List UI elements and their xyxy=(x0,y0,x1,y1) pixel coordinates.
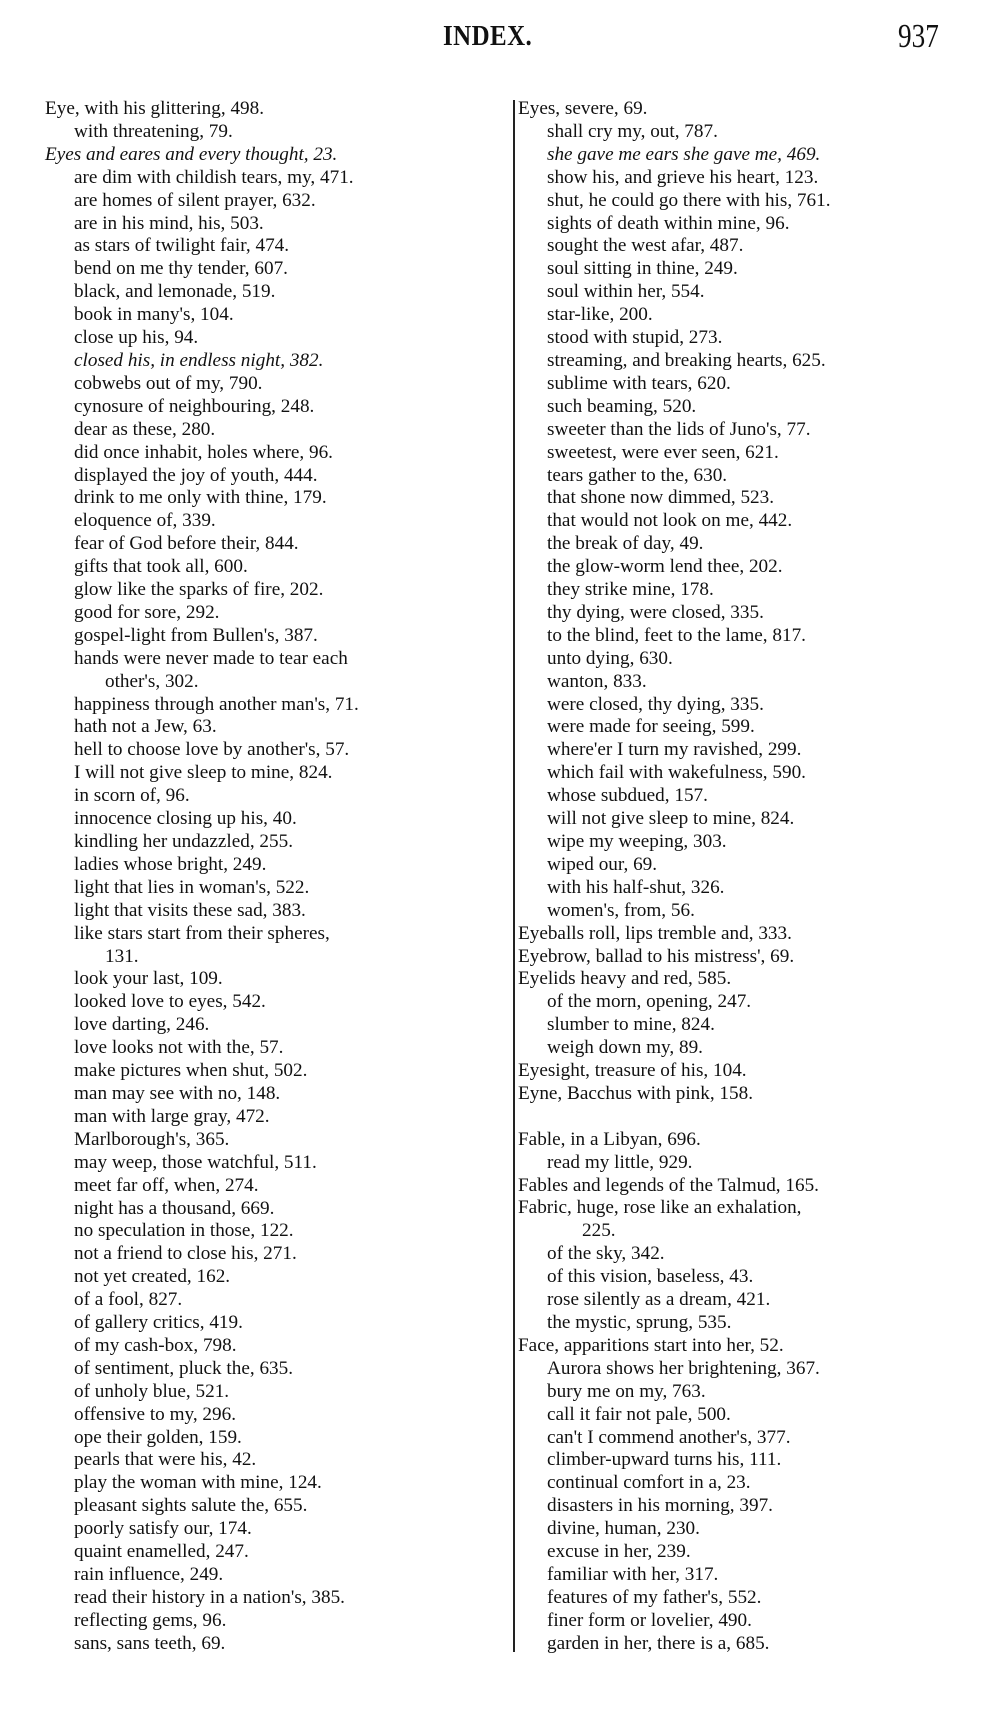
entry-text: fear of God before their, 844. xyxy=(74,533,299,554)
entry-text: of the sky, 342. xyxy=(547,1243,665,1264)
index-sub-entry: she gave me ears she gave me, 469. xyxy=(518,144,968,167)
index-sub-entry: Marlborough's, 365. xyxy=(45,1129,495,1152)
entry-text: sweetest, were ever seen, 621. xyxy=(547,442,779,463)
entry-text: man may see with no, 148. xyxy=(74,1083,280,1104)
entry-text: the glow-worm lend thee, 202. xyxy=(547,556,783,577)
entry-text: black, and lemonade, 519. xyxy=(74,281,275,302)
entry-text: Fabric, huge, rose like an exhalation, xyxy=(518,1197,801,1218)
entry-text: streaming, and breaking hearts, 625. xyxy=(547,350,826,371)
index-sub-entry: sweetest, were ever seen, 621. xyxy=(518,442,968,465)
index-sub-entry: whose subdued, 157. xyxy=(518,785,968,808)
entry-text: call it fair not pale, 500. xyxy=(547,1404,731,1425)
entry-text: rose silently as a dream, 421. xyxy=(547,1289,770,1310)
index-sub-entry: good for sore, 292. xyxy=(45,602,495,625)
entry-text: love darting, 246. xyxy=(74,1014,209,1035)
entry-text: soul sitting in thine, 249. xyxy=(547,258,738,279)
index-heading-entry: Eyesight, treasure of his, 104. xyxy=(518,1060,968,1083)
index-sub-entry: to the blind, feet to the lame, 817. xyxy=(518,625,968,648)
index-sub-entry: sought the west afar, 487. xyxy=(518,235,968,258)
entry-text: Aurora shows her brightening, 367. xyxy=(547,1358,820,1379)
index-sub-entry: pleasant sights salute the, 655. xyxy=(45,1495,495,1518)
index-sub-entry: wiped our, 69. xyxy=(518,854,968,877)
entry-text: stood with stupid, 273. xyxy=(547,327,722,348)
entry-text: shall cry my, out, 787. xyxy=(547,121,718,142)
index-sub-entry: of this vision, baseless, 43. xyxy=(518,1266,968,1289)
entry-text: kindling her undazzled, 255. xyxy=(74,831,293,852)
index-sub-entry: black, and lemonade, 519. xyxy=(45,281,495,304)
entry-text: man with large gray, 472. xyxy=(74,1106,270,1127)
entry-text: love looks not with the, 57. xyxy=(74,1037,283,1058)
index-sub-entry: ope their golden, 159. xyxy=(45,1427,495,1450)
index-sub-entry: rose silently as a dream, 421. xyxy=(518,1289,968,1312)
entry-text: quaint enamelled, 247. xyxy=(74,1541,249,1562)
entry-text: of my cash-box, 798. xyxy=(74,1335,237,1356)
entry-text: no speculation in those, 122. xyxy=(74,1220,294,1241)
entry-text: of this vision, baseless, 43. xyxy=(547,1266,753,1287)
index-sub-entry: are dim with childish tears, my, 471. xyxy=(45,167,495,190)
entry-text: book in many's, 104. xyxy=(74,304,234,325)
index-sub-entry: look your last, 109. xyxy=(45,968,495,991)
entry-text: whose subdued, 157. xyxy=(547,785,708,806)
entry-text: are in his mind, his, 503. xyxy=(74,213,264,234)
entry-text: climber-upward turns his, 111. xyxy=(547,1449,781,1470)
index-sub-entry: fear of God before their, 844. xyxy=(45,533,495,556)
index-sub-entry: dear as these, 280. xyxy=(45,419,495,442)
entry-text: in scorn of, 96. xyxy=(74,785,190,806)
entry-text: happiness through another man's, 71. xyxy=(74,694,359,715)
index-sub-entry: sublime with tears, 620. xyxy=(518,373,968,396)
entry-text: will not give sleep to mine, 824. xyxy=(547,808,794,829)
index-sub-entry: the glow-worm lend thee, 202. xyxy=(518,556,968,579)
index-column-right: Eyes, severe, 69.shall cry my, out, 787.… xyxy=(518,98,968,1656)
index-sub-entry: pearls that were his, 42. xyxy=(45,1449,495,1472)
entry-text: innocence closing up his, 40. xyxy=(74,808,297,829)
index-sub-entry: cynosure of neighbouring, 248. xyxy=(45,396,495,419)
entry-text: Eyesight, treasure of his, 104. xyxy=(518,1060,747,1081)
index-sub-entry: night has a thousand, 669. xyxy=(45,1198,495,1221)
entry-text: bury me on my, 763. xyxy=(547,1381,706,1402)
entry-text: Eyne, Bacchus with pink, 158. xyxy=(518,1083,753,1104)
entry-text: pleasant sights salute the, 655. xyxy=(74,1495,307,1516)
entry-text: are homes of silent prayer, 632. xyxy=(74,190,316,211)
entry-text: like stars start from their spheres, xyxy=(74,923,330,944)
index-sub-entry: man may see with no, 148. xyxy=(45,1083,495,1106)
index-sub-entry: the break of day, 49. xyxy=(518,533,968,556)
index-sub-entry: star-like, 200. xyxy=(518,304,968,327)
entry-continuation: other's, 302. xyxy=(74,671,495,694)
page-header: INDEX. 937 xyxy=(0,18,1000,58)
entry-text: the mystic, sprung, 535. xyxy=(547,1312,731,1333)
index-sub-entry: may weep, those watchful, 511. xyxy=(45,1152,495,1175)
index-sub-entry: slumber to mine, 824. xyxy=(518,1014,968,1037)
index-sub-entry: call it fair not pale, 500. xyxy=(518,1404,968,1427)
index-sub-entry: rain influence, 249. xyxy=(45,1564,495,1587)
index-heading-entry: Eye, with his glittering, 498. xyxy=(45,98,495,121)
index-sub-entry: stood with stupid, 273. xyxy=(518,327,968,350)
page-title: INDEX. xyxy=(443,20,532,53)
index-heading-entry: Eyes and eares and every thought, 23. xyxy=(45,144,495,167)
entry-text: with his half-shut, 326. xyxy=(547,877,724,898)
entry-text: Eyes and eares and every thought, 23. xyxy=(45,144,337,165)
index-sub-entry: hell to choose love by another's, 57. xyxy=(45,739,495,762)
index-sub-entry: shall cry my, out, 787. xyxy=(518,121,968,144)
index-sub-entry: can't I commend another's, 377. xyxy=(518,1427,968,1450)
entry-text: of sentiment, pluck the, 635. xyxy=(74,1358,293,1379)
index-heading-entry: Fabric, huge, rose like an exhalation,22… xyxy=(518,1197,968,1243)
index-sub-entry: bury me on my, 763. xyxy=(518,1381,968,1404)
index-sub-entry: poorly satisfy our, 174. xyxy=(45,1518,495,1541)
index-sub-entry: make pictures when shut, 502. xyxy=(45,1060,495,1083)
entry-text: Eyebrow, ballad to his mistress', 69. xyxy=(518,946,794,967)
index-sub-entry: soul sitting in thine, 249. xyxy=(518,258,968,281)
entry-text: read my little, 929. xyxy=(547,1152,692,1173)
index-sub-entry: I will not give sleep to mine, 824. xyxy=(45,762,495,785)
entry-text: star-like, 200. xyxy=(547,304,653,325)
entry-text: Face, apparitions start into her, 52. xyxy=(518,1335,784,1356)
index-sub-entry: with his half-shut, 326. xyxy=(518,877,968,900)
entry-text: sought the west afar, 487. xyxy=(547,235,743,256)
entry-continuation: 225. xyxy=(518,1220,968,1243)
entry-text: cobwebs out of my, 790. xyxy=(74,373,262,394)
index-sub-entry: divine, human, 230. xyxy=(518,1518,968,1541)
index-sub-entry: tears gather to the, 630. xyxy=(518,465,968,488)
entry-text: Eyeballs roll, lips tremble and, 333. xyxy=(518,923,792,944)
page-number: 937 xyxy=(898,18,939,56)
index-heading-entry: Eyelids heavy and red, 585. xyxy=(518,968,968,991)
index-sub-entry: familiar with her, 317. xyxy=(518,1564,968,1587)
entry-text: drink to me only with thine, 179. xyxy=(74,487,327,508)
entry-text: unto dying, 630. xyxy=(547,648,673,669)
index-sub-entry: are homes of silent prayer, 632. xyxy=(45,190,495,213)
index-sub-entry: read my little, 929. xyxy=(518,1152,968,1175)
index-sub-entry: were made for seeing, 599. xyxy=(518,716,968,739)
index-sub-entry: the mystic, sprung, 535. xyxy=(518,1312,968,1335)
entry-text: pearls that were his, 42. xyxy=(74,1449,256,1470)
index-heading-entry: Eyebrow, ballad to his mistress', 69. xyxy=(518,946,968,969)
index-sub-entry: in scorn of, 96. xyxy=(45,785,495,808)
entry-text: garden in her, there is a, 685. xyxy=(547,1633,769,1654)
entry-text: Eyes, severe, 69. xyxy=(518,98,647,119)
entry-text: were closed, thy dying, 335. xyxy=(547,694,764,715)
index-sub-entry: wanton, 833. xyxy=(518,671,968,694)
entry-text: night has a thousand, 669. xyxy=(74,1198,274,1219)
entry-text: women's, from, 56. xyxy=(547,900,695,921)
entry-text: are dim with childish tears, my, 471. xyxy=(74,167,354,188)
entry-text: rain influence, 249. xyxy=(74,1564,223,1585)
entry-text: they strike mine, 178. xyxy=(547,579,714,600)
entry-text: features of my father's, 552. xyxy=(547,1587,761,1608)
index-sub-entry: happiness through another man's, 71. xyxy=(45,694,495,717)
index-sub-entry: meet far off, when, 274. xyxy=(45,1175,495,1198)
entry-text: with threatening, 79. xyxy=(74,121,233,142)
index-sub-entry: offensive to my, 296. xyxy=(45,1404,495,1427)
index-sub-entry: like stars start from their spheres,131. xyxy=(45,923,495,969)
index-sub-entry: read their history in a nation's, 385. xyxy=(45,1587,495,1610)
index-sub-entry: finer form or lovelier, 490. xyxy=(518,1610,968,1633)
index-sub-entry: of the sky, 342. xyxy=(518,1243,968,1266)
index-sub-entry: eloquence of, 339. xyxy=(45,510,495,533)
entry-text: ope their golden, 159. xyxy=(74,1427,242,1448)
entry-text: can't I commend another's, 377. xyxy=(547,1427,791,1448)
index-sub-entry: closed his, in endless night, 382. xyxy=(45,350,495,373)
index-sub-entry: gifts that took all, 600. xyxy=(45,556,495,579)
index-sub-entry: show his, and grieve his heart, 123. xyxy=(518,167,968,190)
entry-text: the break of day, 49. xyxy=(547,533,703,554)
entry-text: ladies whose bright, 249. xyxy=(74,854,266,875)
entry-text: reflecting gems, 96. xyxy=(74,1610,226,1631)
entry-text: meet far off, when, 274. xyxy=(74,1175,259,1196)
entry-text: where'er I turn my ravished, 299. xyxy=(547,739,801,760)
entry-text: excuse in her, 239. xyxy=(547,1541,691,1562)
index-sub-entry: of a fool, 827. xyxy=(45,1289,495,1312)
entry-text: hath not a Jew, 63. xyxy=(74,716,217,737)
entry-text: make pictures when shut, 502. xyxy=(74,1060,307,1081)
entry-gap xyxy=(518,1106,968,1129)
index-sub-entry: unto dying, 630. xyxy=(518,648,968,671)
entry-text: weigh down my, 89. xyxy=(547,1037,703,1058)
index-sub-entry: hath not a Jew, 63. xyxy=(45,716,495,739)
index-heading-entry: Eyeballs roll, lips tremble and, 333. xyxy=(518,923,968,946)
entry-text: as stars of twilight fair, 474. xyxy=(74,235,289,256)
entry-text: she gave me ears she gave me, 469. xyxy=(547,144,820,165)
index-heading-entry: Fable, in a Libyan, 696. xyxy=(518,1129,968,1152)
index-sub-entry: that shone now dimmed, 523. xyxy=(518,487,968,510)
entry-text: look your last, 109. xyxy=(74,968,223,989)
entry-text: closed his, in endless night, 382. xyxy=(74,350,323,371)
index-sub-entry: thy dying, were closed, 335. xyxy=(518,602,968,625)
index-sub-entry: excuse in her, 239. xyxy=(518,1541,968,1564)
entry-text: finer form or lovelier, 490. xyxy=(547,1610,752,1631)
index-sub-entry: light that visits these sad, 383. xyxy=(45,900,495,923)
index-sub-entry: did once inhabit, holes where, 96. xyxy=(45,442,495,465)
index-sub-entry: they strike mine, 178. xyxy=(518,579,968,602)
index-sub-entry: love darting, 246. xyxy=(45,1014,495,1037)
index-sub-entry: book in many's, 104. xyxy=(45,304,495,327)
entry-text: Eye, with his glittering, 498. xyxy=(45,98,264,119)
index-sub-entry: which fail with wakefulness, 590. xyxy=(518,762,968,785)
index-sub-entry: bend on me thy tender, 607. xyxy=(45,258,495,281)
index-sub-entry: of the morn, opening, 247. xyxy=(518,991,968,1014)
index-sub-entry: sights of death within mine, 96. xyxy=(518,213,968,236)
entry-text: cynosure of neighbouring, 248. xyxy=(74,396,314,417)
index-sub-entry: man with large gray, 472. xyxy=(45,1106,495,1129)
entry-text: not a friend to close his, 271. xyxy=(74,1243,297,1264)
entry-text: that shone now dimmed, 523. xyxy=(547,487,774,508)
entry-text: close up his, 94. xyxy=(74,327,198,348)
index-sub-entry: of gallery critics, 419. xyxy=(45,1312,495,1335)
index-sub-entry: sans, sans teeth, 69. xyxy=(45,1633,495,1656)
index-sub-entry: not a friend to close his, 271. xyxy=(45,1243,495,1266)
index-sub-entry: climber-upward turns his, 111. xyxy=(518,1449,968,1472)
entry-text: to the blind, feet to the lame, 817. xyxy=(547,625,806,646)
entry-text: good for sore, 292. xyxy=(74,602,219,623)
index-sub-entry: glow like the sparks of fire, 202. xyxy=(45,579,495,602)
index-sub-entry: displayed the joy of youth, 444. xyxy=(45,465,495,488)
entry-text: light that lies in woman's, 522. xyxy=(74,877,309,898)
entry-text: Marlborough's, 365. xyxy=(74,1129,229,1150)
index-sub-entry: features of my father's, 552. xyxy=(518,1587,968,1610)
index-sub-entry: such beaming, 520. xyxy=(518,396,968,419)
index-sub-entry: close up his, 94. xyxy=(45,327,495,350)
entry-text: dear as these, 280. xyxy=(74,419,215,440)
index-heading-entry: Face, apparitions start into her, 52. xyxy=(518,1335,968,1358)
entry-text: offensive to my, 296. xyxy=(74,1404,236,1425)
entry-text: divine, human, 230. xyxy=(547,1518,700,1539)
entry-continuation: 131. xyxy=(74,946,495,969)
entry-text: sans, sans teeth, 69. xyxy=(74,1633,225,1654)
entry-text: disasters in his morning, 397. xyxy=(547,1495,773,1516)
entry-text: sublime with tears, 620. xyxy=(547,373,731,394)
entry-text: sweeter than the lids of Juno's, 77. xyxy=(547,419,811,440)
entry-text: slumber to mine, 824. xyxy=(547,1014,715,1035)
index-sub-entry: cobwebs out of my, 790. xyxy=(45,373,495,396)
entry-text: Fable, in a Libyan, 696. xyxy=(518,1129,701,1150)
index-sub-entry: that would not look on me, 442. xyxy=(518,510,968,533)
entry-text: soul within her, 554. xyxy=(547,281,705,302)
index-sub-entry: hands were never made to tear eachother'… xyxy=(45,648,495,694)
entry-text: did once inhabit, holes where, 96. xyxy=(74,442,333,463)
index-sub-entry: quaint enamelled, 247. xyxy=(45,1541,495,1564)
index-sub-entry: love looks not with the, 57. xyxy=(45,1037,495,1060)
entry-text: glow like the sparks of fire, 202. xyxy=(74,579,323,600)
entry-text: of gallery critics, 419. xyxy=(74,1312,243,1333)
entry-text: wanton, 833. xyxy=(547,671,647,692)
index-sub-entry: innocence closing up his, 40. xyxy=(45,808,495,831)
index-sub-entry: were closed, thy dying, 335. xyxy=(518,694,968,717)
entry-text: hands were never made to tear each xyxy=(74,648,348,669)
index-sub-entry: will not give sleep to mine, 824. xyxy=(518,808,968,831)
entry-text: that would not look on me, 442. xyxy=(547,510,792,531)
entry-text: show his, and grieve his heart, 123. xyxy=(547,167,818,188)
entry-text: shut, he could go there with his, 761. xyxy=(547,190,831,211)
entry-text: wiped our, 69. xyxy=(547,854,657,875)
index-sub-entry: women's, from, 56. xyxy=(518,900,968,923)
column-divider xyxy=(513,100,515,1652)
entry-text: gospel-light from Bullen's, 387. xyxy=(74,625,318,646)
entry-text: hell to choose love by another's, 57. xyxy=(74,739,349,760)
index-sub-entry: continual comfort in a, 23. xyxy=(518,1472,968,1495)
index-heading-entry: Eyes, severe, 69. xyxy=(518,98,968,121)
index-sub-entry: where'er I turn my ravished, 299. xyxy=(518,739,968,762)
entry-text: bend on me thy tender, 607. xyxy=(74,258,288,279)
entry-text: tears gather to the, 630. xyxy=(547,465,727,486)
index-sub-entry: looked love to eyes, 542. xyxy=(45,991,495,1014)
index-sub-entry: with threatening, 79. xyxy=(45,121,495,144)
entry-text: read their history in a nation's, 385. xyxy=(74,1587,345,1608)
index-sub-entry: drink to me only with thine, 179. xyxy=(45,487,495,510)
entry-text: thy dying, were closed, 335. xyxy=(547,602,764,623)
index-sub-entry: light that lies in woman's, 522. xyxy=(45,877,495,900)
index-sub-entry: wipe my weeping, 303. xyxy=(518,831,968,854)
index-sub-entry: as stars of twilight fair, 474. xyxy=(45,235,495,258)
index-sub-entry: garden in her, there is a, 685. xyxy=(518,1633,968,1656)
index-sub-entry: of my cash-box, 798. xyxy=(45,1335,495,1358)
index-sub-entry: play the woman with mine, 124. xyxy=(45,1472,495,1495)
entry-text: light that visits these sad, 383. xyxy=(74,900,306,921)
index-sub-entry: of sentiment, pluck the, 635. xyxy=(45,1358,495,1381)
entry-text: of unholy blue, 521. xyxy=(74,1381,229,1402)
entry-text: such beaming, 520. xyxy=(547,396,696,417)
entry-text: sights of death within mine, 96. xyxy=(547,213,790,234)
index-sub-entry: weigh down my, 89. xyxy=(518,1037,968,1060)
index-sub-entry: ladies whose bright, 249. xyxy=(45,854,495,877)
index-heading-entry: Eyne, Bacchus with pink, 158. xyxy=(518,1083,968,1106)
entry-text: which fail with wakefulness, 590. xyxy=(547,762,806,783)
entry-text: continual comfort in a, 23. xyxy=(547,1472,751,1493)
entry-text: I will not give sleep to mine, 824. xyxy=(74,762,332,783)
index-sub-entry: soul within her, 554. xyxy=(518,281,968,304)
entry-text: poorly satisfy our, 174. xyxy=(74,1518,252,1539)
index-sub-entry: of unholy blue, 521. xyxy=(45,1381,495,1404)
index-sub-entry: shut, he could go there with his, 761. xyxy=(518,190,968,213)
index-sub-entry: are in his mind, his, 503. xyxy=(45,213,495,236)
entry-text: Eyelids heavy and red, 585. xyxy=(518,968,731,989)
entry-text: of the morn, opening, 247. xyxy=(547,991,751,1012)
index-sub-entry: no speculation in those, 122. xyxy=(45,1220,495,1243)
index-sub-entry: not yet created, 162. xyxy=(45,1266,495,1289)
index-sub-entry: gospel-light from Bullen's, 387. xyxy=(45,625,495,648)
entry-text: not yet created, 162. xyxy=(74,1266,230,1287)
index-sub-entry: streaming, and breaking hearts, 625. xyxy=(518,350,968,373)
index-column-left: Eye, with his glittering, 498.with threa… xyxy=(45,98,495,1656)
index-sub-entry: sweeter than the lids of Juno's, 77. xyxy=(518,419,968,442)
entry-text: wipe my weeping, 303. xyxy=(547,831,727,852)
entry-text: of a fool, 827. xyxy=(74,1289,182,1310)
index-sub-entry: reflecting gems, 96. xyxy=(45,1610,495,1633)
entry-text: familiar with her, 317. xyxy=(547,1564,718,1585)
index-sub-entry: Aurora shows her brightening, 367. xyxy=(518,1358,968,1381)
entry-text: eloquence of, 339. xyxy=(74,510,216,531)
entry-text: may weep, those watchful, 511. xyxy=(74,1152,317,1173)
entry-text: displayed the joy of youth, 444. xyxy=(74,465,318,486)
entry-text: were made for seeing, 599. xyxy=(547,716,755,737)
index-sub-entry: disasters in his morning, 397. xyxy=(518,1495,968,1518)
entry-text: gifts that took all, 600. xyxy=(74,556,248,577)
index-heading-entry: Fables and legends of the Talmud, 165. xyxy=(518,1175,968,1198)
entry-text: looked love to eyes, 542. xyxy=(74,991,266,1012)
entry-text: play the woman with mine, 124. xyxy=(74,1472,322,1493)
entry-text: Fables and legends of the Talmud, 165. xyxy=(518,1175,819,1196)
index-sub-entry: kindling her undazzled, 255. xyxy=(45,831,495,854)
